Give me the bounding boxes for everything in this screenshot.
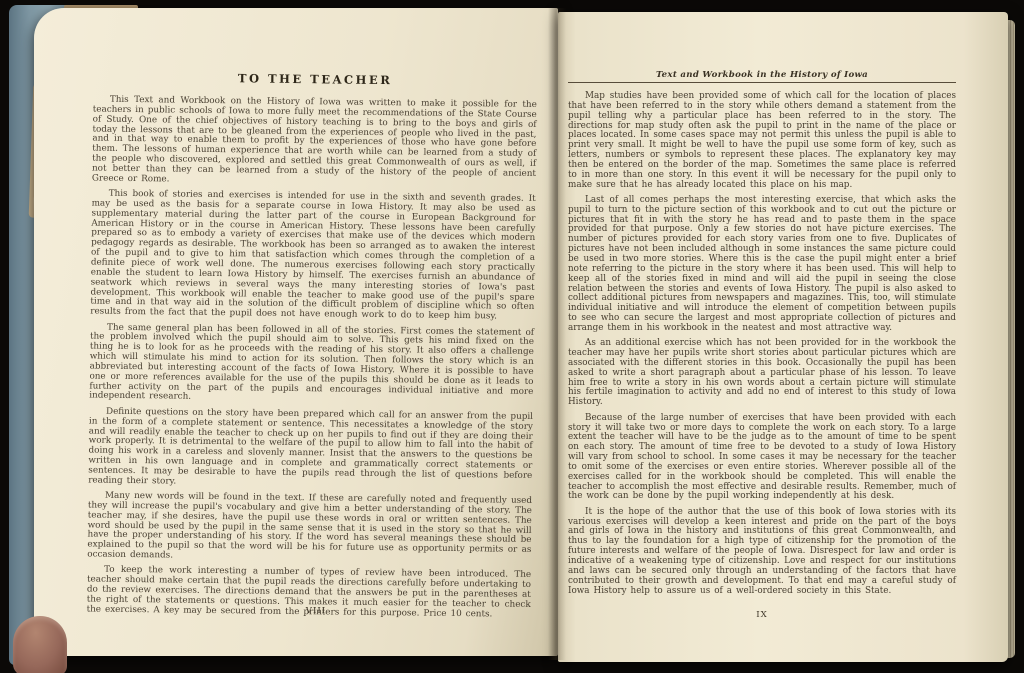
running-head-rule xyxy=(568,82,956,83)
paragraph: The same general plan has been followed … xyxy=(89,323,534,407)
paragraph: Many new words will be found in the text… xyxy=(87,492,532,566)
right-page: Text and Workbook in the History of Iowa… xyxy=(558,12,1008,662)
paragraph: Map studies have been provided some of w… xyxy=(568,92,956,190)
page-number: VIII xyxy=(34,606,558,616)
paragraph: Definite questions on the story have bee… xyxy=(88,407,533,491)
right-page-text-column: Text and Workbook in the History of Iowa… xyxy=(558,12,1008,662)
paragraph: This Text and Workbook on the History of… xyxy=(92,96,537,190)
left-page-text-column: TO THE TEACHER This Text and Workbook on… xyxy=(26,5,558,659)
paragraph: Last of all comes perhaps the most inter… xyxy=(568,196,956,334)
running-head: Text and Workbook in the History of Iowa xyxy=(568,70,956,80)
book-photo-backdrop: TO THE TEACHER This Text and Workbook on… xyxy=(0,0,1024,673)
page-title: TO THE TEACHER xyxy=(93,70,537,89)
page-number: IX xyxy=(558,610,1008,620)
paragraph: This book of stories and exercises is in… xyxy=(90,190,536,323)
left-page: TO THE TEACHER This Text and Workbook on… xyxy=(34,8,558,656)
paragraph: Because of the large number of exercises… xyxy=(568,414,956,503)
paragraph: It is the hope of the author that the us… xyxy=(568,508,956,597)
paragraph: As an additional exercise which has not … xyxy=(568,339,956,408)
reader-thumb xyxy=(13,616,67,673)
